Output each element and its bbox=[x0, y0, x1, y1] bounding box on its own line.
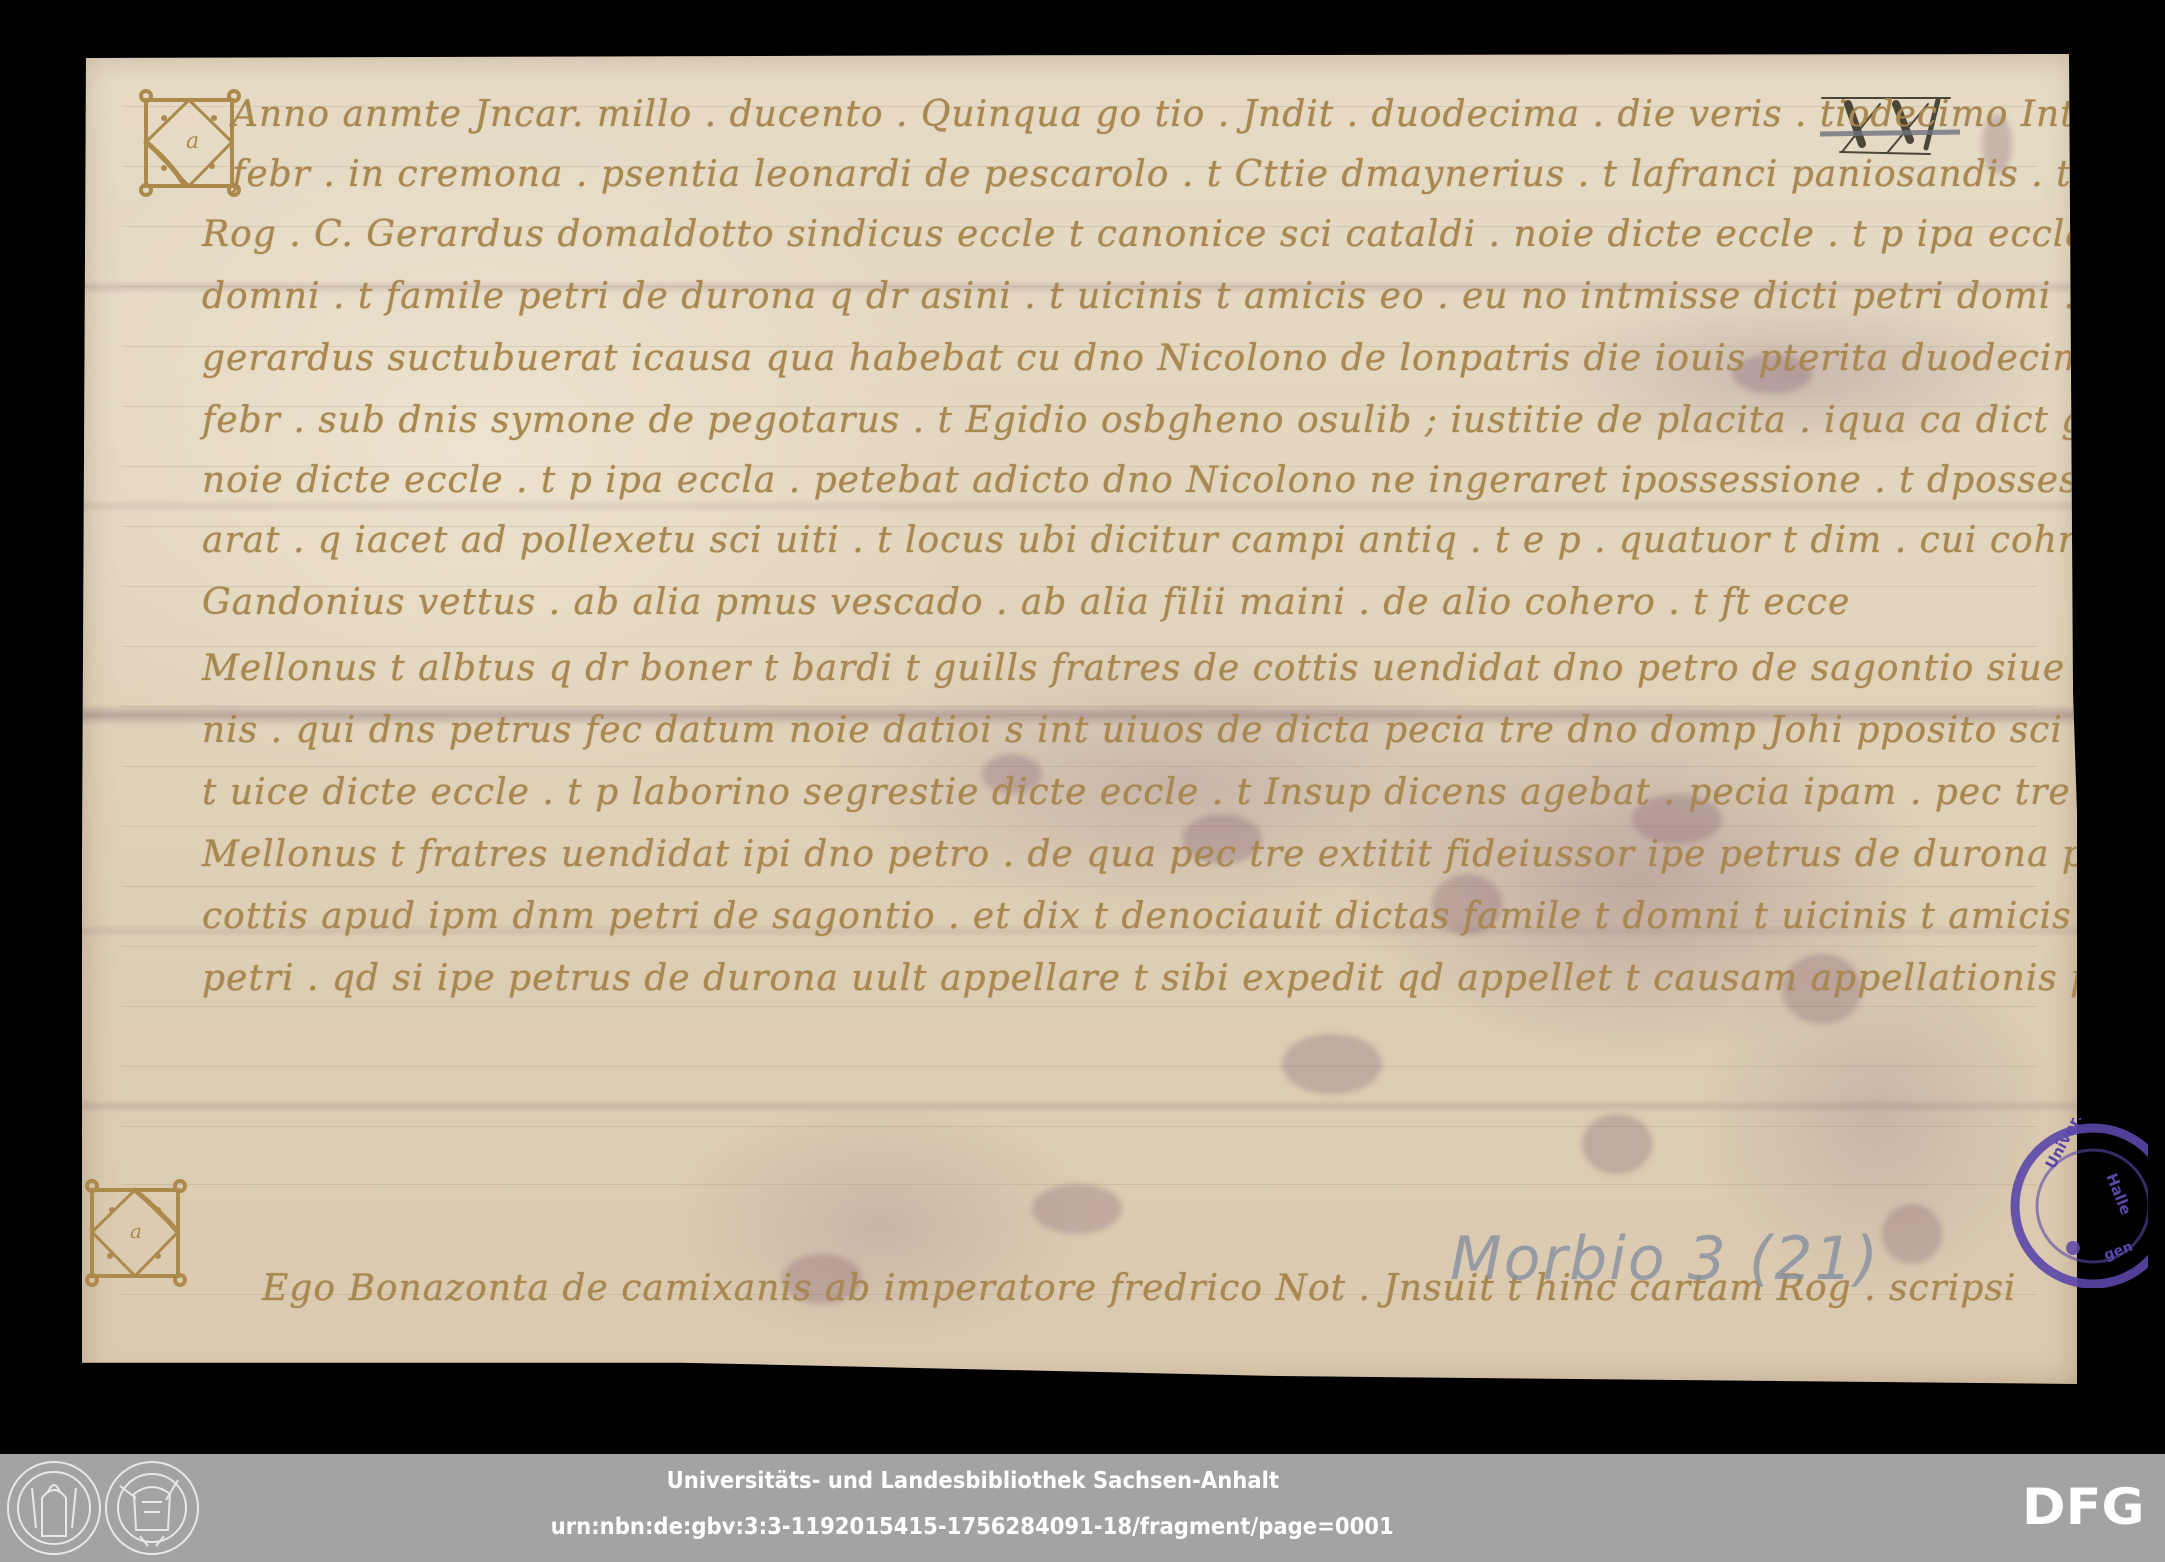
text-line: febr . sub dnis symone de pegotarus . t … bbox=[202, 400, 2165, 441]
stain bbox=[1882, 1204, 1942, 1264]
text-line: Gandonius vettus . ab alia pmus vescado … bbox=[202, 582, 1850, 623]
svg-text:a: a bbox=[186, 129, 199, 154]
text-line: Rog . C. Gerardus domaldotto sindicus ec… bbox=[202, 214, 2165, 255]
notary-sign-icon: a bbox=[134, 86, 244, 196]
ruling-line bbox=[122, 886, 2037, 887]
text-line: noie dicte eccle . t p ipa eccla . peteb… bbox=[202, 460, 2165, 501]
dfg-logo: DFG bbox=[2022, 1478, 2145, 1536]
ruling-line bbox=[122, 826, 2037, 827]
ruling-line bbox=[122, 1066, 2037, 1067]
notary-sign-icon: a bbox=[80, 1176, 190, 1286]
ruling-line bbox=[122, 646, 2037, 647]
institution-name: Universitäts- und Landesbibliothek Sachs… bbox=[0, 1468, 2165, 1494]
parchment-scan: a a bbox=[82, 54, 2077, 1384]
pencil-signature-note: Morbio 3 (21) bbox=[1450, 1224, 1880, 1294]
ruling-line bbox=[122, 706, 2037, 707]
text-line: Mellonus t fratres uendidat ipi dno petr… bbox=[202, 834, 2165, 875]
text-line: petri . qd si ipe petrus de durona uult … bbox=[202, 958, 2165, 999]
ruling-line bbox=[122, 766, 2037, 767]
fold-stain bbox=[82, 499, 2077, 513]
ruling-line bbox=[122, 1006, 2037, 1007]
svg-text:a: a bbox=[130, 1219, 142, 1243]
text-line: Anno anmte Jncar. millo . ducento . Quin… bbox=[232, 94, 2165, 135]
footer-bar: Universitäts- und Landesbibliothek Sachs… bbox=[0, 1454, 2165, 1562]
text-line: t uice dicte eccle . t p laborino segres… bbox=[202, 772, 2165, 813]
library-stamp-icon: Universitäts- Halle gen bbox=[1988, 1118, 2148, 1288]
fold-stain bbox=[82, 1099, 2077, 1113]
stamp-text-right: Halle bbox=[2102, 1171, 2135, 1218]
stamp-text-bottom: gen bbox=[2102, 1239, 2135, 1264]
text-line: nis . qui dns petrus fec datum noie dati… bbox=[202, 710, 2165, 751]
stain bbox=[1282, 1034, 1382, 1094]
text-line: cottis apud ipm dnm petri de sagontio . … bbox=[202, 896, 2133, 937]
text-line: arat . q iacet ad pollexetu sci uiti . t… bbox=[202, 520, 2165, 561]
text-line: Mellonus t albtus q dr boner t bardi t g… bbox=[202, 648, 2165, 689]
ruling-line bbox=[122, 1126, 2037, 1127]
stain bbox=[1582, 1114, 1652, 1174]
text-line: febr . in cremona . psentia leonardi de … bbox=[232, 154, 2165, 195]
text-line: domni . t famile petri de durona q dr as… bbox=[202, 276, 2165, 317]
ruling-line bbox=[122, 946, 2037, 947]
stain bbox=[1032, 1184, 1122, 1234]
text-line: gerardus suctubuerat icausa qua habebat … bbox=[202, 338, 2165, 379]
document-viewer: a a bbox=[0, 0, 2165, 1562]
urn-link[interactable]: urn:nbn:de:gbv:3:3-1192015415-1756284091… bbox=[0, 1514, 2165, 1540]
